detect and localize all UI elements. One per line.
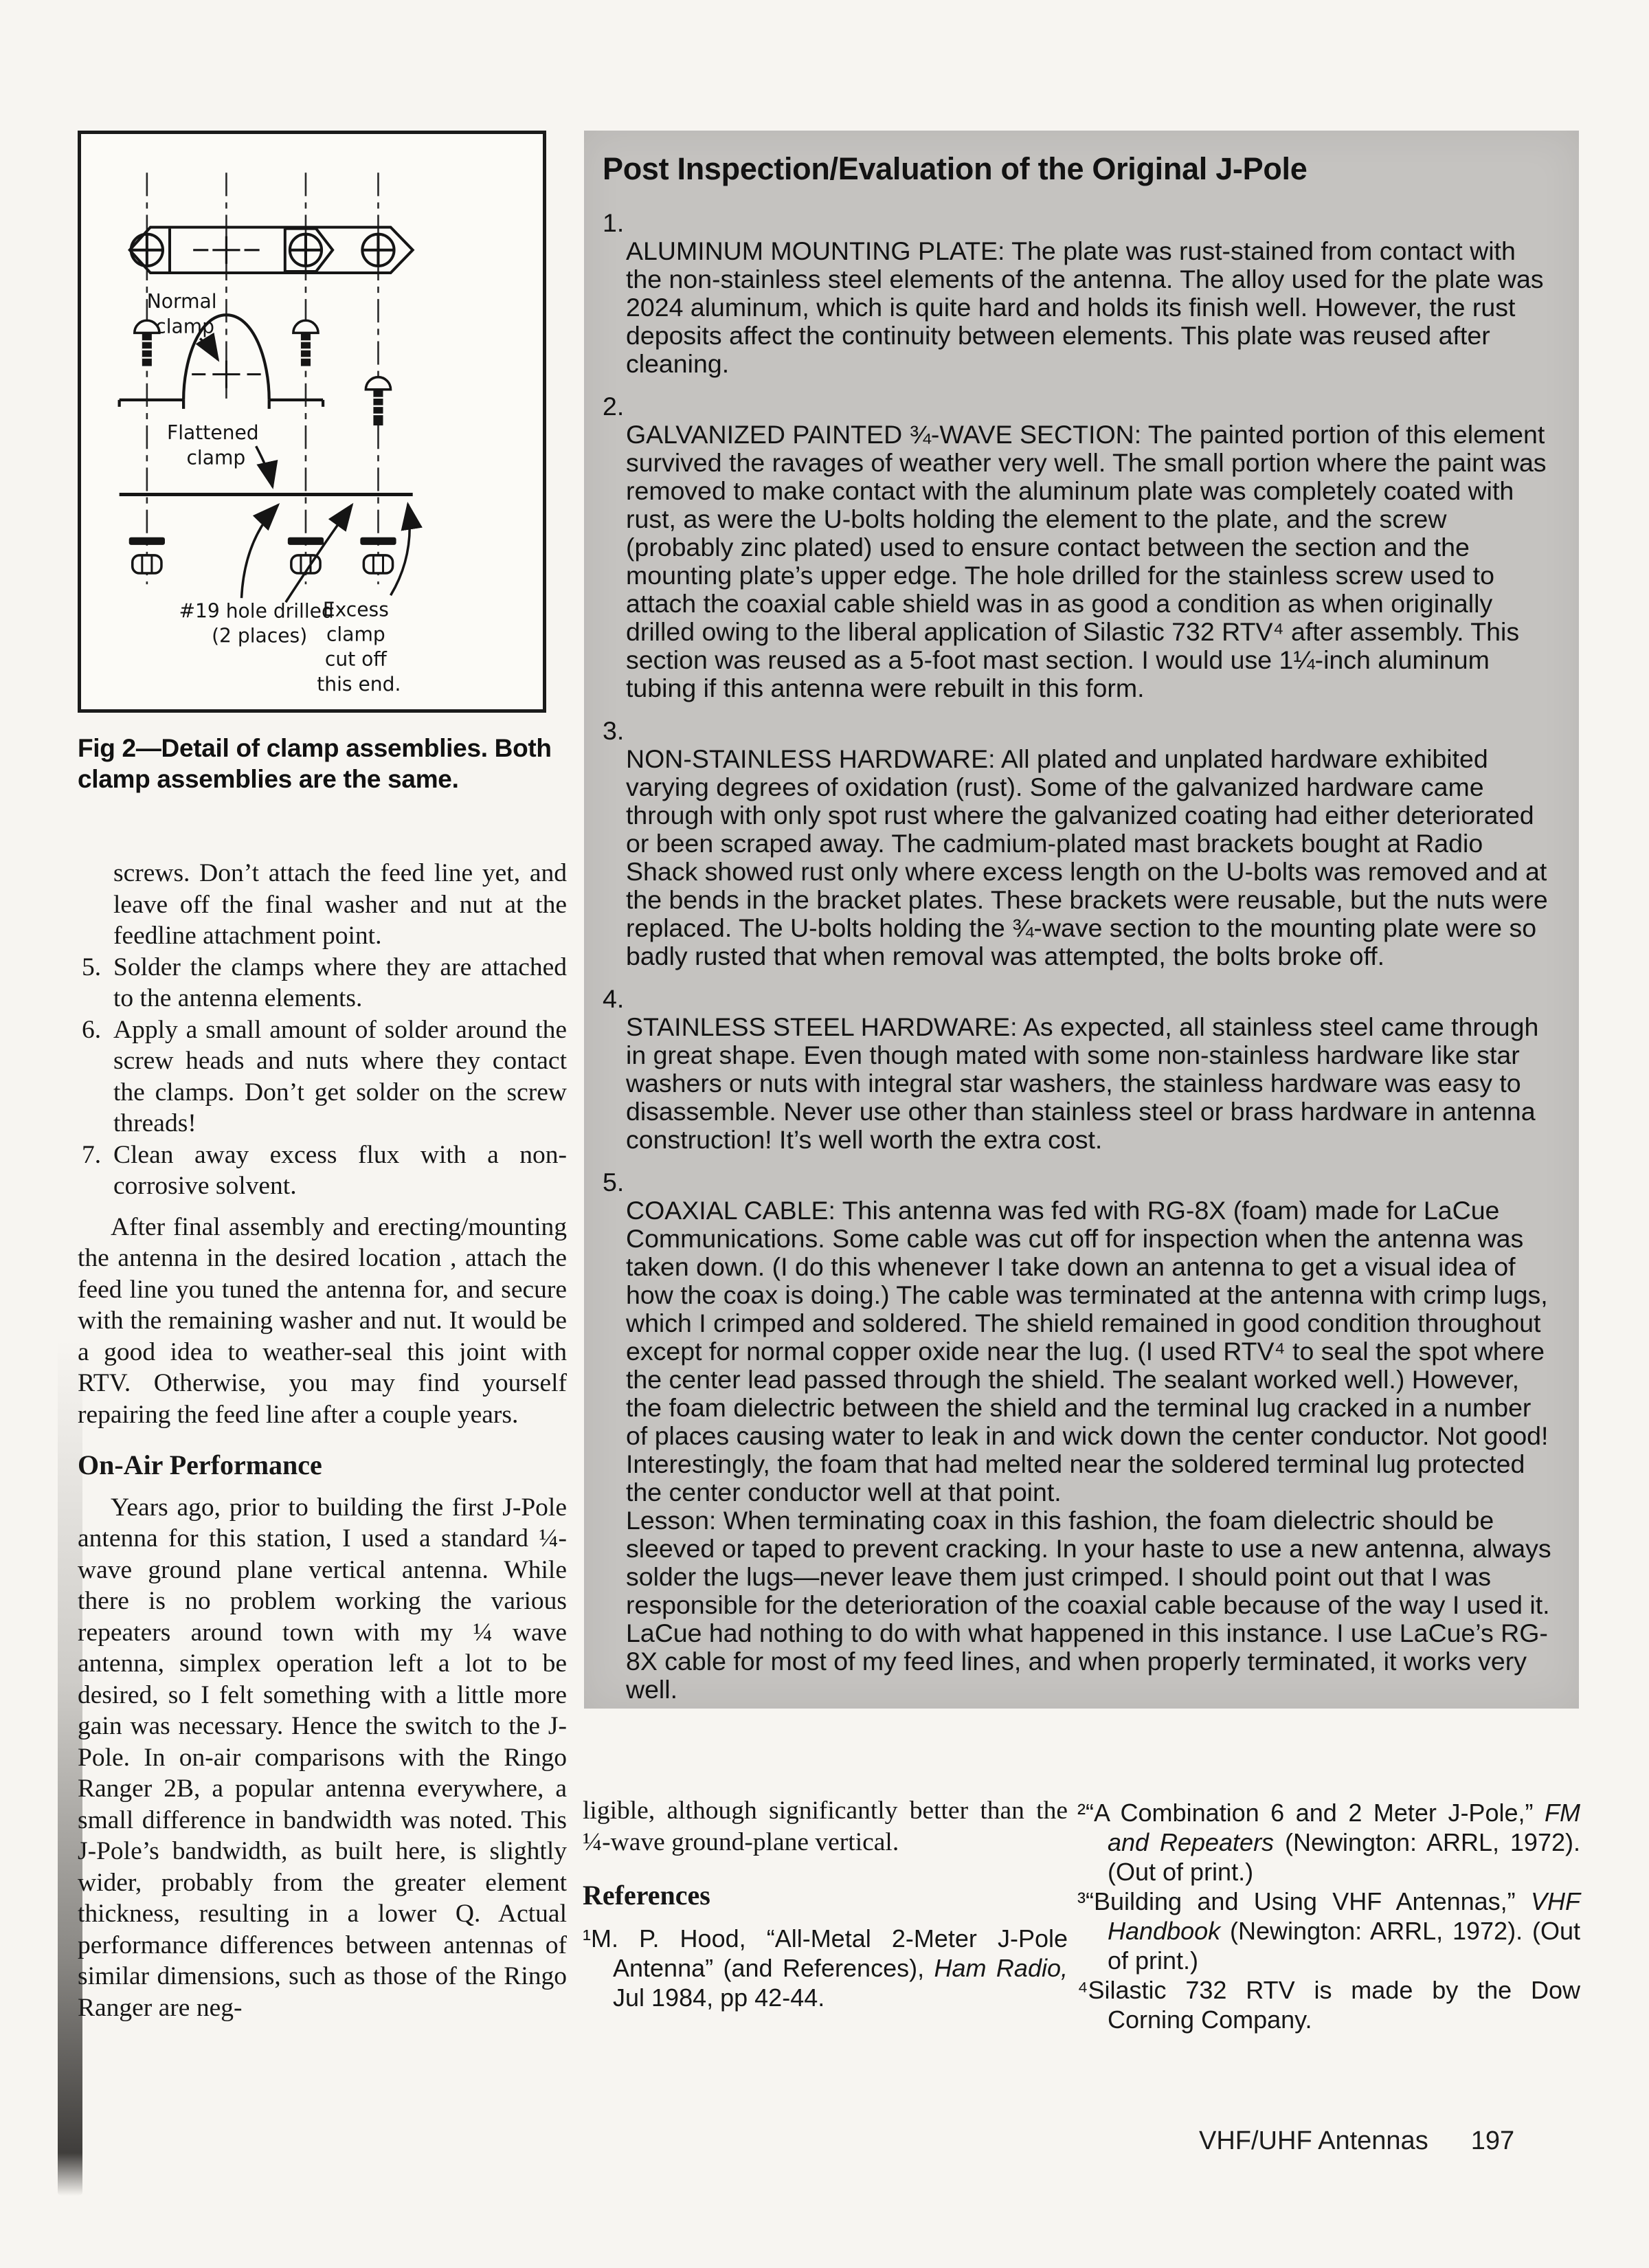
inspection-item-3: 3.NON-STAINLESS HARDWARE: All plated and… bbox=[603, 717, 1553, 970]
assembly-paragraph: After final assembly and erecting/mounti… bbox=[78, 1212, 567, 1431]
screw-icon bbox=[293, 320, 318, 366]
flattened-clamp-label: Flattened clamp bbox=[167, 421, 265, 469]
hole-drilled-label: #19 hole drilled (2 places) bbox=[179, 599, 339, 647]
clamp-strip-plan-view bbox=[130, 227, 413, 273]
footer-page-number: 197 bbox=[1471, 2126, 1514, 2156]
list-item-number: 6. bbox=[82, 1014, 101, 1046]
list-item-number: 7. bbox=[82, 1139, 101, 1171]
item-text: GALVANIZED PAINTED ¾-WAVE SECTION: The p… bbox=[626, 420, 1547, 702]
screw-nut-icons bbox=[129, 537, 396, 573]
list-item-number: 5. bbox=[82, 952, 101, 983]
left-text-column: screws. Don’t attach the feed line yet, … bbox=[78, 858, 567, 2023]
item-text: COAXIAL CABLE: This antenna was fed with… bbox=[626, 1196, 1551, 1704]
screw-nut-icon bbox=[360, 537, 396, 573]
list-item-text: Solder the clamps where they are attache… bbox=[113, 953, 567, 1013]
on-air-paragraph: Years ago, prior to building the first J… bbox=[78, 1492, 567, 2024]
item-number: 5. bbox=[603, 1168, 624, 1197]
screw-nut-icon bbox=[288, 537, 324, 573]
figure-caption: Fig 2—Detail of clamp assemblies. Both c… bbox=[78, 733, 570, 794]
inspection-item-1: 1.ALUMINUM MOUNTING PLATE: The plate was… bbox=[603, 209, 1553, 378]
reference-3: ³“Building and Using VHF Antennas,” VHF … bbox=[1077, 1887, 1580, 1975]
inspection-item-4: 4.STAINLESS STEEL HARDWARE: As expected,… bbox=[603, 985, 1553, 1154]
on-air-performance-heading: On-Air Performance bbox=[78, 1449, 567, 1481]
excess-clamp-label: Excess clamp cut off this end. bbox=[317, 598, 401, 696]
page-footer: VHF/UHF Antennas 197 bbox=[1199, 2126, 1514, 2156]
footer-section-title: VHF/UHF Antennas bbox=[1199, 2126, 1428, 2156]
item-text: STAINLESS STEEL HARDWARE: As expected, a… bbox=[626, 1012, 1538, 1154]
screw-icon bbox=[135, 320, 159, 366]
list-item-7: 7. Clean away excess flux with a non-cor… bbox=[78, 1139, 567, 1202]
figure-2-clamp-diagram: Normal clamp bbox=[78, 131, 546, 713]
list-item-text: Apply a small amount of solder around th… bbox=[113, 1016, 567, 1138]
bottom-right-column: ²“A Combination 6 and 2 Meter J-Pole,” F… bbox=[1077, 1798, 1580, 2034]
item-number: 4. bbox=[603, 985, 624, 1013]
normal-clamp-arrow bbox=[200, 338, 218, 359]
item-number: 3. bbox=[603, 717, 624, 745]
list-item-6: 6. Apply a small amount of solder around… bbox=[78, 1014, 567, 1139]
list-item-5: 5. Solder the clamps where they are atta… bbox=[78, 952, 567, 1014]
screw-nut-icon bbox=[129, 537, 165, 573]
reference-4: ⁴Silastic 732 RTV is made by the Dow Cor… bbox=[1077, 1975, 1580, 2034]
inspection-item-5: 5.COAXIAL CABLE: This antenna was fed wi… bbox=[603, 1168, 1553, 1704]
negligible-paragraph: ligible, although significantly better t… bbox=[583, 1795, 1068, 1858]
list-item-4-continuation: screws. Don’t attach the feed line yet, … bbox=[78, 858, 567, 952]
item-text: ALUMINUM MOUNTING PLATE: The plate was r… bbox=[626, 236, 1544, 378]
reference-1: ¹M. P. Hood, “All-Metal 2-Meter J-Pole A… bbox=[583, 1924, 1068, 2012]
post-inspection-title: Post Inspection/Evaluation of the Origin… bbox=[603, 151, 1553, 187]
reference-2: ²“A Combination 6 and 2 Meter J-Pole,” F… bbox=[1077, 1798, 1580, 1887]
item-number: 1. bbox=[603, 209, 624, 237]
flattened-clamp-arrow bbox=[256, 446, 273, 487]
screw-icon bbox=[366, 377, 390, 425]
post-inspection-box: Post Inspection/Evaluation of the Origin… bbox=[584, 131, 1579, 1709]
item-text: NON-STAINLESS HARDWARE: All plated and u… bbox=[626, 744, 1548, 970]
clamp-assembly-drawing: Normal clamp bbox=[81, 134, 543, 709]
bottom-left-column: ligible, although significantly better t… bbox=[583, 1795, 1068, 2012]
item-number: 2. bbox=[603, 392, 624, 421]
callout-arrows bbox=[242, 504, 410, 603]
list-item-text: Clean away excess flux with a non-corros… bbox=[113, 1141, 567, 1201]
references-heading: References bbox=[583, 1879, 1068, 1911]
inspection-item-2: 2.GALVANIZED PAINTED ¾-WAVE SECTION: The… bbox=[603, 392, 1553, 702]
